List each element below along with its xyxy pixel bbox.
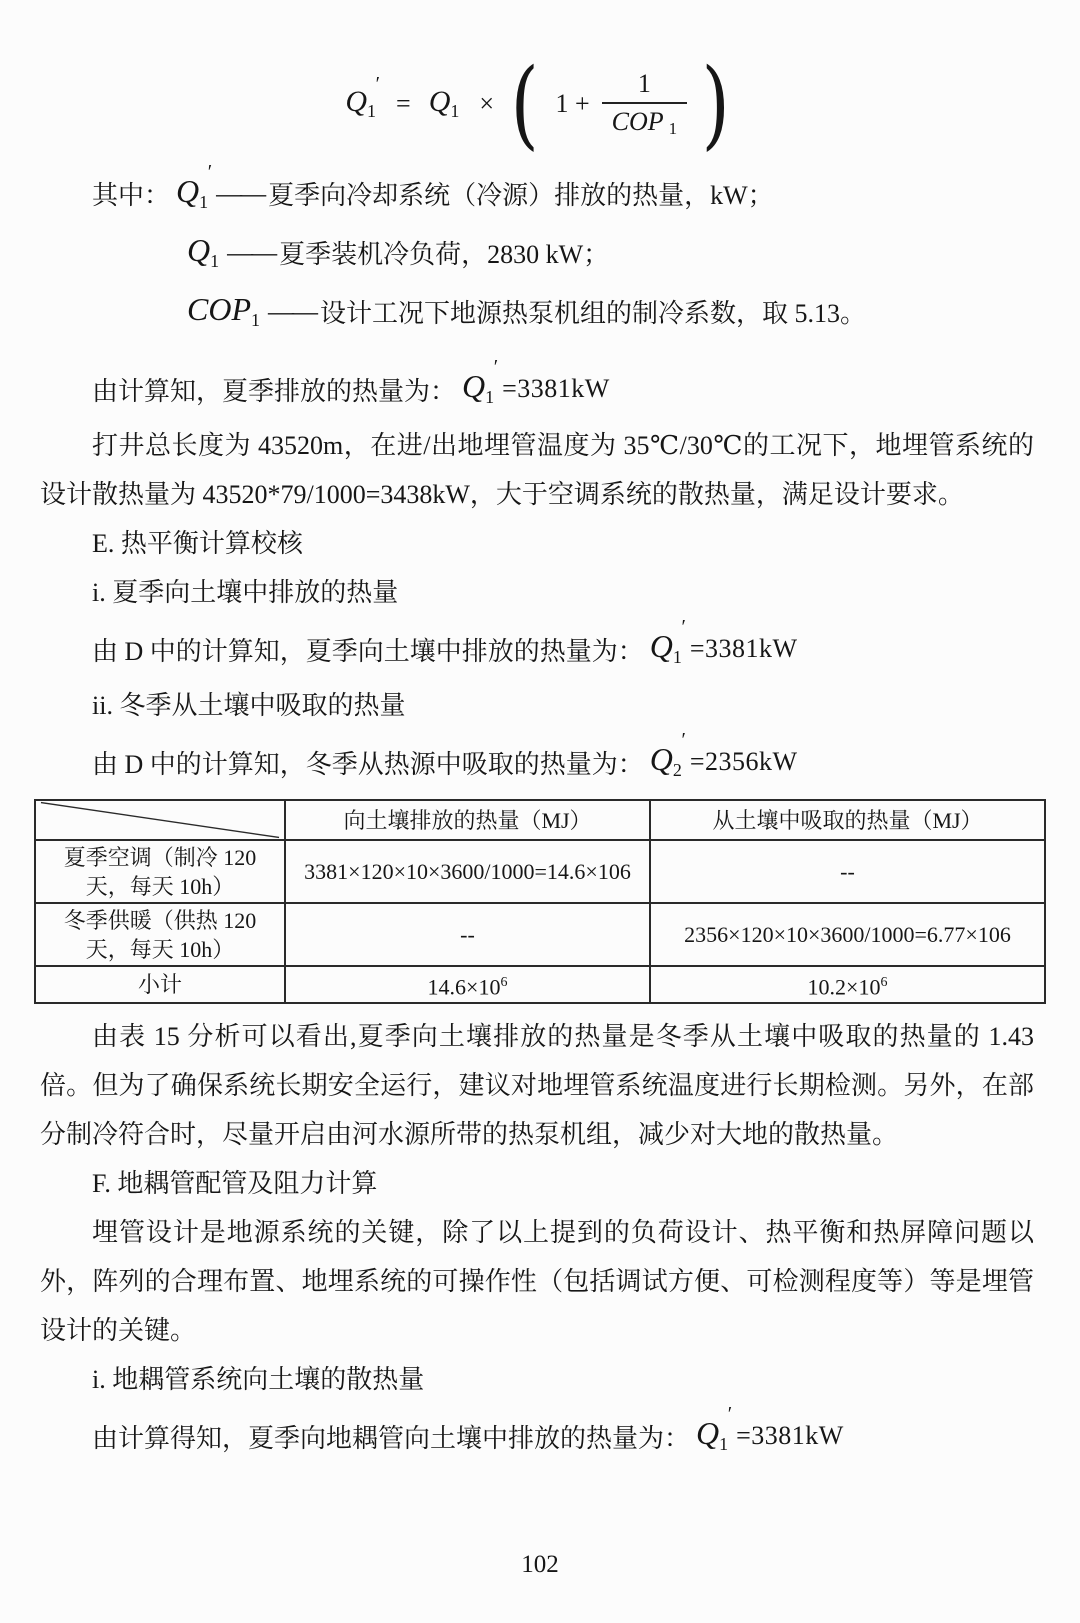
table-subtotal-row: 小计 14.6×106 10.2×106	[35, 966, 1045, 1003]
q-subscript: 1	[199, 192, 208, 212]
definition-row: Q1 —— 夏季装机冷负荷，2830 kW；	[40, 223, 1034, 282]
subtotal-label: 小计	[35, 966, 285, 1003]
calc-value: =2356kW	[690, 747, 798, 777]
analysis-paragraph: 由表 15 分析可以看出,夏季向土壤排放的热量是冬季从土壤中吸取的热量的 1.4…	[40, 1012, 1034, 1159]
column-header-heat-in: 从土壤中吸取的热量（MJ）	[650, 800, 1045, 840]
heat-out-value: --	[285, 903, 650, 966]
calc-summer-line: 由计算知，夏季排放的热量为： Q1′ =3381kW	[40, 357, 1034, 421]
page-number: 102	[0, 1551, 1080, 1579]
definitions-section: 其中： Q1′ —— 夏季向冷却系统（冷源）排放的热量，kW； Q1 —— 夏季…	[40, 164, 1034, 341]
cop-subscript: 1	[664, 119, 678, 138]
prime-mark: ′	[728, 1403, 732, 1426]
calc-value: =3381kW	[502, 374, 610, 404]
section-e-item-ii: ii. 冬季从土壤中吸取的热量	[40, 681, 1034, 730]
document-page: Q1′ = Q1 × ( 1 + 1 COP1 ) 其中： Q1′ —— 夏季向…	[0, 0, 1080, 1623]
section-e-heading: E. 热平衡计算校核	[40, 519, 1034, 568]
variable-symbol: Q2′	[650, 743, 682, 781]
row-label: 夏季空调（制冷 120 天，每天 10h）	[35, 840, 285, 903]
prime-mark: ′	[376, 73, 380, 96]
q-symbol: Q	[187, 232, 210, 268]
calc-value: =3381kW	[690, 634, 798, 664]
calc-f-line: 由计算得知，夏季向地耦管向土壤中排放的热量为： Q1′ =3381kW	[40, 1404, 1034, 1468]
heat-balance-table: 向土壤排放的热量（MJ） 从土壤中吸取的热量（MJ） 夏季空调（制冷 120 天…	[34, 799, 1046, 1004]
prime-mark: ′	[494, 356, 498, 379]
q-symbol: Q	[429, 85, 451, 118]
variable-symbol: COP1	[187, 293, 260, 331]
q-symbol: Q	[650, 741, 673, 777]
prime-mark: ′	[682, 729, 686, 752]
prime-mark: ′	[208, 161, 212, 184]
section-f-paragraph: 埋管设计是地源系统的关键，除了以上提到的负荷设计、热平衡和热屏障问题以外，阵列的…	[40, 1208, 1034, 1355]
fraction-denominator: COP1	[602, 102, 688, 139]
q-subscript: 2	[673, 760, 682, 780]
calc-prefix: 由 D 中的计算知，夏季向土壤中排放的热量为：	[92, 631, 644, 668]
q-subscript: 1	[210, 251, 219, 271]
calc-e-ii-line: 由 D 中的计算知，冬季从热源中吸取的热量为： Q2′ =2356kW	[40, 730, 1034, 794]
section-e-item-i: i. 夏季向土壤中排放的热量	[40, 568, 1034, 617]
subtotal-heat-out: 14.6×106	[285, 966, 650, 1003]
definition-row: COP1 —— 设计工况下地源热泵机组的制冷系数，取 5.13。	[40, 282, 1034, 341]
table-row: 冬季供暖（供热 120 天，每天 10h） -- 2356×120×10×360…	[35, 903, 1045, 966]
calc-prefix: 由计算得知，夏季向地耦管向土壤中排放的热量为：	[92, 1418, 690, 1455]
calc-prefix: 由计算知，夏季排放的热量为：	[92, 371, 456, 408]
definition-dash: ——	[227, 238, 279, 268]
calc-e-i-line: 由 D 中的计算知，夏季向土壤中排放的热量为： Q1′ =3381kW	[40, 617, 1034, 681]
q-subscript: 1	[450, 101, 459, 121]
subtotal-heat-in: 10.2×106	[650, 966, 1045, 1003]
q-subscript: 1	[719, 1434, 728, 1454]
heat-in-value: --	[650, 840, 1045, 903]
well-length-paragraph: 打井总长度为 43520m，在进/出地埋管温度为 35℃/30℃的工况下，地埋管…	[40, 421, 1034, 519]
calc-prefix: 由 D 中的计算知，冬季从热源中吸取的热量为：	[92, 744, 644, 781]
q-symbol: Q	[696, 1415, 719, 1451]
fraction: 1 COP1	[602, 69, 688, 139]
variable-symbol: Q1′	[650, 630, 682, 668]
cop-subscript: 1	[251, 310, 260, 330]
definition-dash: ——	[216, 179, 268, 209]
q-subscript: 1	[367, 101, 376, 121]
definition-dash: ——	[268, 297, 320, 327]
page-content: Q1′ = Q1 × ( 1 + 1 COP1 ) 其中： Q1′ —— 夏季向…	[0, 52, 1080, 1468]
definition-row: 其中： Q1′ —— 夏季向冷却系统（冷源）排放的热量，kW；	[40, 164, 1034, 223]
table-header-row: 向土壤排放的热量（MJ） 从土壤中吸取的热量（MJ）	[35, 800, 1045, 840]
superscript: 6	[500, 975, 507, 990]
q-symbol: Q	[462, 368, 485, 404]
formula-rhs: Q1	[429, 87, 460, 122]
formula-q1-display: Q1′ = Q1 × ( 1 + 1 COP1 )	[40, 52, 1034, 156]
q-symbol: Q	[650, 628, 673, 664]
heat-in-value: 2356×120×10×3600/1000=6.77×106	[650, 903, 1045, 966]
section-f-heading: F. 地耦管配管及阻力计算	[40, 1159, 1034, 1208]
formula-lhs: Q1′	[345, 87, 376, 122]
prime-mark: ′	[682, 616, 686, 639]
q-symbol: Q	[345, 85, 367, 118]
diagonal-header-cell	[35, 800, 285, 840]
variable-symbol: Q1	[187, 234, 219, 272]
variable-symbol: Q1′	[462, 370, 494, 408]
q-subscript: 1	[673, 647, 682, 667]
column-header-heat-out: 向土壤排放的热量（MJ）	[285, 800, 650, 840]
definition-text: 设计工况下地源热泵机组的制冷系数，取 5.13。	[320, 293, 866, 330]
fraction-numerator: 1	[632, 69, 657, 102]
definition-text: 夏季向冷却系统（冷源）排放的热量，kW；	[268, 175, 774, 212]
where-label: 其中：	[92, 175, 170, 212]
cop-symbol: COP	[612, 107, 664, 136]
diagonal-line	[36, 801, 284, 839]
heat-out-value: 3381×120×10×3600/1000=14.6×106	[285, 840, 650, 903]
q-symbol: Q	[176, 173, 199, 209]
subtotal-value: 14.6×10	[428, 974, 501, 999]
variable-symbol: Q1′	[696, 1417, 728, 1455]
superscript: 6	[880, 975, 887, 990]
subtotal-value: 10.2×10	[808, 974, 881, 999]
q-subscript: 1	[485, 387, 494, 407]
variable-symbol: Q1′	[176, 175, 208, 213]
times-sign: ×	[477, 89, 496, 119]
cop-symbol: COP	[187, 291, 251, 327]
section-f-item-i: i. 地耦管系统向土壤的散热量	[40, 1355, 1034, 1404]
equals-sign: =	[394, 89, 413, 119]
one-plus: 1 +	[554, 89, 592, 119]
calc-value: =3381kW	[736, 1421, 844, 1451]
row-label: 冬季供暖（供热 120 天，每天 10h）	[35, 903, 285, 966]
table-row: 夏季空调（制冷 120 天，每天 10h） 3381×120×10×3600/1…	[35, 840, 1045, 903]
definition-text: 夏季装机冷负荷，2830 kW；	[279, 234, 609, 271]
